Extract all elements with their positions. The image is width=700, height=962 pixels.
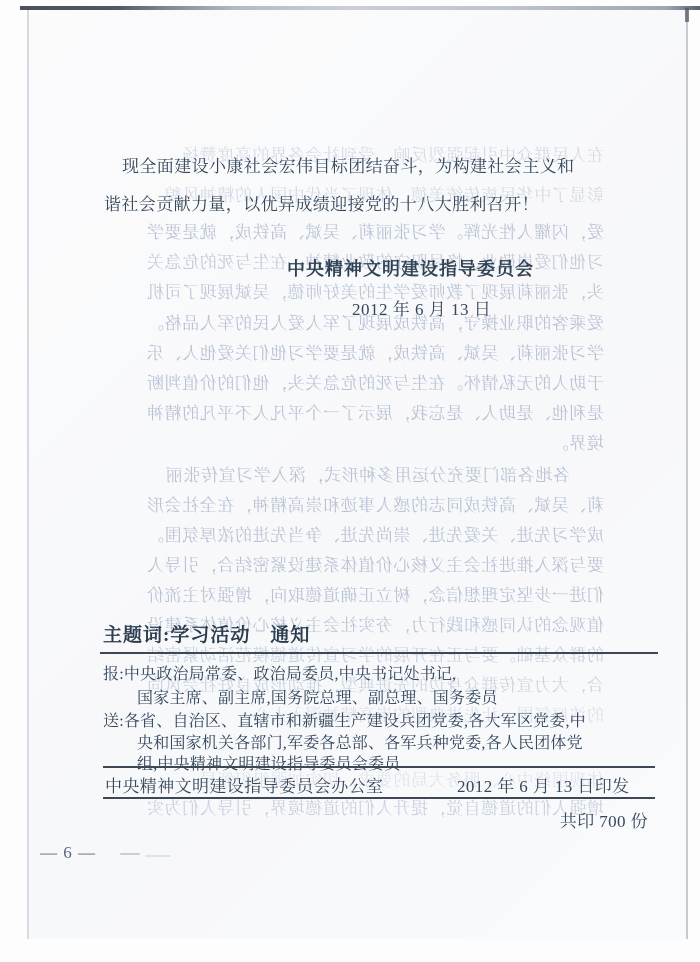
separator-rule-top [100,652,658,654]
issuing-office: 中央精神文明建设指导委员会办公室 [105,772,383,797]
print-copies-count: 共印 700 份 [560,807,648,832]
page-number-scan-artifact [145,855,171,857]
print-date: 2012 年 6 月 13 日印发 [457,772,630,797]
scan-top-edge-artifact [20,6,700,10]
send-to-line: 送:各省、自治区、直辖市和新疆生产建设兵团党委,各大军区党委,中 [103,708,586,731]
paper-sheet [27,7,688,939]
body-paragraph-line: 现全面建设小康社会宏伟目标团结奋斗，为构建社会主义和 [122,156,574,178]
issuing-authority-signature: 中央精神文明建设指导委员会 [287,255,534,281]
report-to-line: 报:中央政治局常委、政治局委员,中央书记处书记, [103,661,456,684]
page-number: — 6 — [40,843,96,863]
page-number-scan-artifact [120,853,140,855]
report-to-line: 国家主席、副主席,国务院总理、副总理、国务委员 [137,685,498,708]
scan-corner-mark [685,8,689,22]
scanned-document-page: 在人民群众中引起强烈反响，受到社会各界的高度赞扬彰显了中华民族传统美德，体现了当… [0,0,700,962]
send-to-line: 组,中央精神文明建设指导委员会委员 [137,751,400,774]
separator-rule-middle [103,766,655,768]
document-date: 2012 年 6 月 13 日 [352,295,491,320]
subject-keywords-line: 主题词:学习活动 通知 [103,620,310,647]
body-paragraph-line: 谐社会贡献力量，以优异成绩迎接党的十八大胜利召开！ [104,194,539,216]
separator-rule-bottom [103,797,655,799]
send-to-line: 央和国家机关各部门,军委各总部、各军兵种党委,各人民团体党 [137,730,583,753]
